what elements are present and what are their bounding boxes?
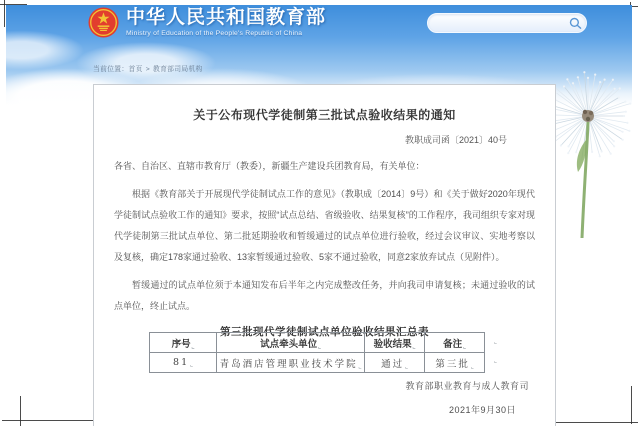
result-table: 序号˾ 试点牵头单位˾ 验收结果˾ 备注˾ 81˾ 青岛酒店管理职业技术学院˾ … bbox=[149, 332, 485, 373]
issue-date: 2021年9月30日 bbox=[449, 403, 516, 416]
cell-remark: 第三批˾ bbox=[425, 353, 485, 373]
issuing-department: 教育部职业教育与成人教育司 bbox=[405, 379, 529, 392]
pilcrow-artifact: ˾ bbox=[405, 361, 408, 369]
pilcrow-artifact: ˾ bbox=[494, 337, 497, 344]
page: 中华人民共和国教育部 Ministry of Education of the … bbox=[0, 0, 638, 426]
col-header-unit: 试点牵头单位˾ bbox=[217, 333, 365, 353]
cell-unit: 青岛酒店管理职业技术学院˾ bbox=[217, 353, 365, 373]
search-button[interactable] bbox=[567, 15, 583, 31]
notice-document: 关于公布现代学徒制第三批试点验收结果的通知 教职成司函〔2021〕40号 各省、… bbox=[93, 84, 556, 426]
breadcrumb-home-link[interactable]: 首页 bbox=[128, 66, 142, 73]
national-emblem-icon bbox=[88, 7, 119, 38]
search-box[interactable] bbox=[427, 13, 587, 33]
doc-number: 教职成司函〔2021〕40号 bbox=[94, 133, 507, 146]
breadcrumb-separator: > bbox=[146, 66, 150, 73]
notice-body: 各省、自治区、直辖市教育厅（教委），新疆生产建设兵团教育局，有关单位： 根据《教… bbox=[114, 156, 535, 317]
col-header-remark: 备注˾ bbox=[425, 333, 485, 353]
site-logo[interactable]: 中华人民共和国教育部 Ministry of Education of the … bbox=[88, 7, 326, 38]
pilcrow-artifact: ˾ bbox=[413, 342, 416, 349]
col-header-result: 验收结果˾ bbox=[365, 333, 425, 353]
site-title: 中华人民共和国教育部 bbox=[126, 7, 326, 29]
pilcrow-artifact: ˾ bbox=[318, 342, 321, 349]
breadcrumb-label: 当前位置： bbox=[93, 66, 128, 73]
col-header-index: 序号˾ bbox=[150, 333, 217, 353]
paragraph-salutation: 各省、自治区、直辖市教育厅（教委），新疆生产建设兵团教育局，有关单位： bbox=[114, 156, 535, 177]
breadcrumb: 当前位置：首页>教育部司局机构 bbox=[93, 63, 203, 73]
notice-title: 关于公布现代学徒制第三批试点验收结果的通知 bbox=[114, 106, 535, 123]
cell-result: 通过˾ bbox=[365, 353, 425, 373]
pilcrow-artifact: ˾ bbox=[471, 361, 474, 369]
table-row: 81˾ 青岛酒店管理职业技术学院˾ 通过˾ 第三批˾ bbox=[150, 353, 485, 373]
search-icon bbox=[569, 17, 582, 30]
breadcrumb-section-link[interactable]: 教育部司局机构 bbox=[153, 66, 203, 73]
search-input[interactable] bbox=[428, 16, 567, 30]
pilcrow-artifact: ˾ bbox=[359, 361, 362, 369]
table-header-row: 序号˾ 试点牵头单位˾ 验收结果˾ 备注˾ bbox=[150, 333, 485, 353]
pilcrow-artifact: ˾ bbox=[494, 356, 497, 363]
pilcrow-artifact: ˾ bbox=[192, 342, 195, 349]
paragraph-followup: 暂缓通过的试点单位须于本通知发布后半年之内完成整改任务，并向我司申请复核；未通过… bbox=[114, 275, 535, 317]
pilcrow-artifact: ˾ bbox=[190, 359, 193, 367]
paragraph-main: 根据《教育部关于开展现代学徒制试点工作的意见》（教职成〔2014〕9号）和《关于… bbox=[114, 184, 535, 268]
cell-index: 81˾ bbox=[150, 353, 217, 373]
site-subtitle: Ministry of Education of the People's Re… bbox=[126, 30, 326, 37]
pilcrow-artifact: ˾ bbox=[463, 342, 466, 349]
